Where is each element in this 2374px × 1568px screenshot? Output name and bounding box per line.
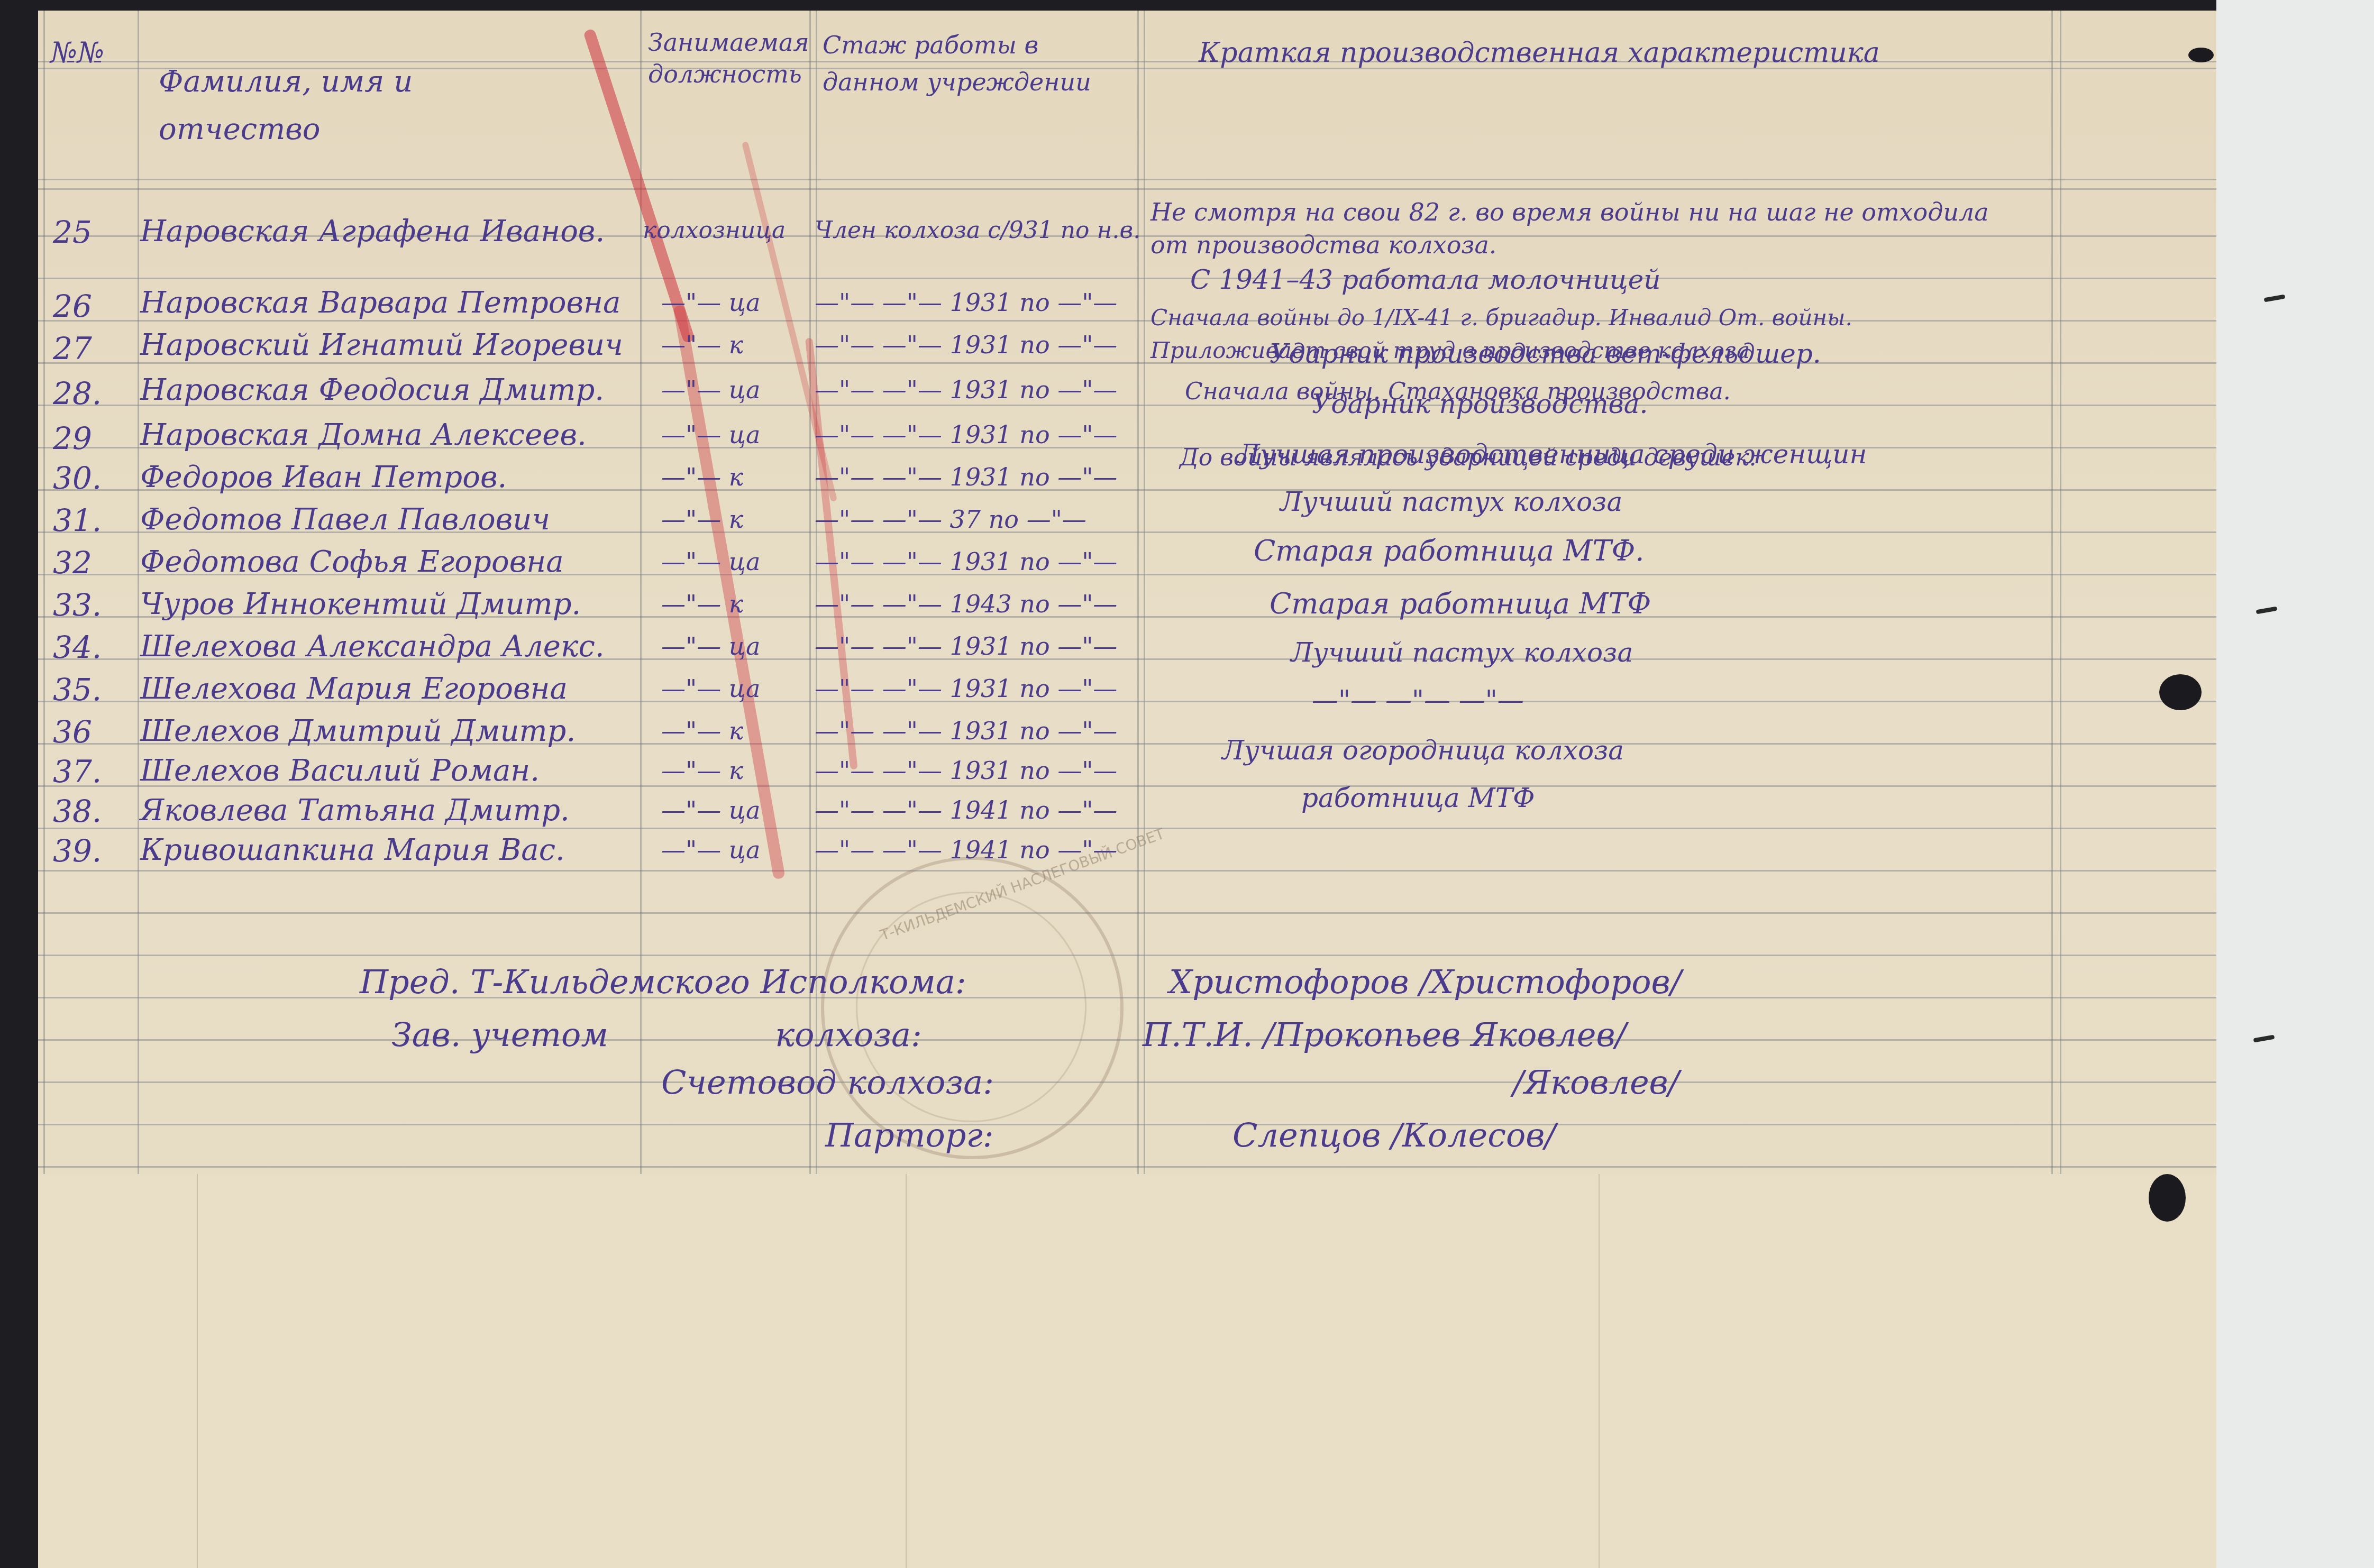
debris-mark bbox=[2256, 607, 2278, 615]
row-tenure: —"— —"— 1931 по —"— bbox=[815, 717, 1117, 745]
row-characteristic: Лучший пастух колхоза bbox=[1280, 487, 1622, 517]
row-name: Федотов Павел Павлович bbox=[140, 502, 550, 537]
row-name: Шелехов Василий Роман. bbox=[140, 754, 540, 788]
punch-hole bbox=[2159, 674, 2202, 710]
row-number: 31. bbox=[53, 502, 102, 538]
row-position: —"— ца bbox=[661, 288, 760, 317]
row-tenure: —"— —"— 1931 по —"— bbox=[815, 331, 1117, 359]
row-characteristic: Лучшая огородница колхоза bbox=[1222, 735, 1624, 766]
row-tenure: —"— —"— 1941 по —"— bbox=[815, 796, 1117, 824]
row-characteristic: Старая работница МТФ. bbox=[1254, 534, 1645, 567]
row-name: Наровский Игнатий Игоревич bbox=[140, 328, 623, 362]
signature-label-chairman: Пред. Т-Кильдемского Исполкома: bbox=[360, 962, 966, 1001]
row-number: 36 bbox=[53, 714, 92, 750]
row-position: —"— ца bbox=[661, 375, 760, 404]
row-tenure: —"— —"— 1931 по —"— bbox=[815, 756, 1117, 785]
official-stamp: Т-КИЛЬДЕМСКИЙ НАСЛЕГОВЫЙ СОВЕТ bbox=[821, 857, 1124, 1159]
row-number: 28. bbox=[53, 375, 102, 411]
row-number: 33. bbox=[53, 587, 102, 623]
row-name: Наровская Аграфена Иванов. bbox=[140, 214, 605, 249]
row-number: 26 bbox=[53, 288, 92, 324]
row-characteristic: Лучшая производственница среди женщин bbox=[1238, 439, 1867, 470]
row-tenure: —"— —"— 1943 по —"— bbox=[815, 590, 1117, 618]
row-position: —"— к bbox=[661, 756, 743, 785]
fold-line bbox=[197, 1174, 198, 1568]
row-characteristic: работница МТФ bbox=[1301, 783, 1535, 813]
row-number: 34. bbox=[53, 629, 102, 665]
row-characteristic: Не смотря на свои 82 г. во время войны н… bbox=[1151, 196, 2007, 261]
row-tenure: —"— —"— 1931 по —"— bbox=[815, 547, 1117, 576]
row-number: 32 bbox=[53, 545, 92, 581]
row-number: 27 bbox=[53, 331, 92, 366]
row-number: 25 bbox=[53, 214, 92, 250]
row-number: 39. bbox=[53, 833, 102, 869]
row-name: Федотова Софья Егоровна bbox=[140, 545, 564, 579]
signature-prokopiev: П.Т.И. /Прокопьев Яковлев/ bbox=[1143, 1015, 1626, 1054]
row-name: Кривошапкина Мария Вас. bbox=[140, 833, 565, 867]
row-number: 30. bbox=[53, 460, 102, 496]
row-number: 29 bbox=[53, 420, 92, 456]
header-position: Занимаемая должность bbox=[648, 26, 801, 90]
row-tenure: —"— —"— 1941 по —"— bbox=[815, 836, 1117, 864]
row-name: Наровская Варвара Петровна bbox=[140, 286, 620, 320]
row-name: Наровская Феодосия Дмитр. bbox=[140, 373, 604, 407]
row-characteristic: Старая работница МТФ bbox=[1270, 587, 1651, 620]
row-position: —"— к bbox=[661, 505, 743, 534]
fold-line bbox=[906, 1174, 907, 1568]
debris-mark bbox=[2264, 295, 2286, 302]
row-name: Чуров Иннокентий Дмитр. bbox=[140, 587, 581, 621]
signature-kolesov: Слепцов /Колесов/ bbox=[1232, 1116, 1556, 1154]
row-characteristic: Ударник производства вет-фельдшер. bbox=[1270, 338, 1821, 369]
row-number: 38. bbox=[53, 793, 102, 829]
signature-christoforov: Христофоров /Христофоров/ bbox=[1169, 962, 1682, 1001]
row-position: —"— к bbox=[661, 717, 743, 745]
signature-yakovlev: /Яковлев/ bbox=[1513, 1063, 1679, 1102]
row-name: Наровская Домна Алексеев. bbox=[140, 418, 587, 452]
row-number: 37. bbox=[53, 754, 102, 790]
row-tenure: —"— —"— 1931 по —"— bbox=[815, 375, 1117, 404]
row-tenure: —"— —"— 1931 по —"— bbox=[815, 632, 1117, 661]
row-tenure: —"— —"— 1931 по —"— bbox=[815, 420, 1117, 449]
header-name: Фамилия, имя и отчество bbox=[159, 58, 582, 153]
row-name: Шелехова Мария Егоровна bbox=[140, 672, 568, 706]
header-tenure: Стаж работы в данном учреждении bbox=[823, 26, 1119, 100]
row-number: 35. bbox=[53, 672, 102, 708]
debris-mark bbox=[2253, 1035, 2275, 1043]
row-characteristic: Лучший пастух колхоза bbox=[1291, 637, 1633, 668]
row-position: —"— ца bbox=[661, 632, 760, 661]
row-position: колхозница bbox=[643, 217, 786, 244]
row-characteristic: —"— —"— —"— bbox=[1312, 685, 1524, 716]
row-tenure: —"— —"— 1931 по —"— bbox=[815, 288, 1117, 317]
row-position: —"— ца bbox=[661, 420, 760, 449]
row-position: —"— ца bbox=[661, 547, 760, 576]
row-position: —"— к bbox=[661, 463, 743, 491]
row-position: —"— ца bbox=[661, 674, 760, 703]
row-characteristic: С 1941–43 работала молочницей bbox=[1190, 264, 1661, 295]
row-name: Шелехова Александра Алекс. bbox=[140, 629, 605, 664]
fold-line bbox=[1599, 1174, 1600, 1568]
row-characteristic: Ударник производства. bbox=[1312, 389, 1648, 419]
row-tenure: —"— —"— 1931 по —"— bbox=[815, 463, 1117, 491]
signature-label-bookkeeper: Счетовод колхоза: bbox=[661, 1063, 994, 1102]
punch-hole bbox=[2188, 48, 2214, 62]
signature-label-accounting: Зав. учетом колхоза: bbox=[391, 1015, 922, 1054]
row-name: Яковлева Татьяна Дмитр. bbox=[140, 793, 570, 828]
row-tenure: —"— —"— 1931 по —"— bbox=[815, 674, 1117, 703]
row-tenure: —"— —"— 37 по —"— bbox=[815, 505, 1086, 534]
folded-backing-sheet bbox=[38, 1174, 2216, 1568]
header-characteristic: Краткая производственная характеристика bbox=[1195, 29, 1883, 77]
row-tenure: Член колхоза с/931 по н.в. bbox=[815, 217, 1140, 244]
punch-hole bbox=[2149, 1174, 2186, 1222]
row-name: Шелехов Дмитрий Дмитр. bbox=[140, 714, 576, 748]
row-position: —"— к bbox=[661, 331, 743, 359]
signature-label-party-organizer: Парторг: bbox=[825, 1116, 994, 1154]
scanner-background-strip bbox=[2216, 0, 2374, 1568]
row-name: Федоров Иван Петров. bbox=[140, 460, 507, 494]
row-position: —"— к bbox=[661, 590, 743, 618]
header-number: №№ bbox=[50, 37, 135, 69]
row-position: —"— ца bbox=[661, 836, 760, 864]
row-position: —"— ца bbox=[661, 796, 760, 824]
